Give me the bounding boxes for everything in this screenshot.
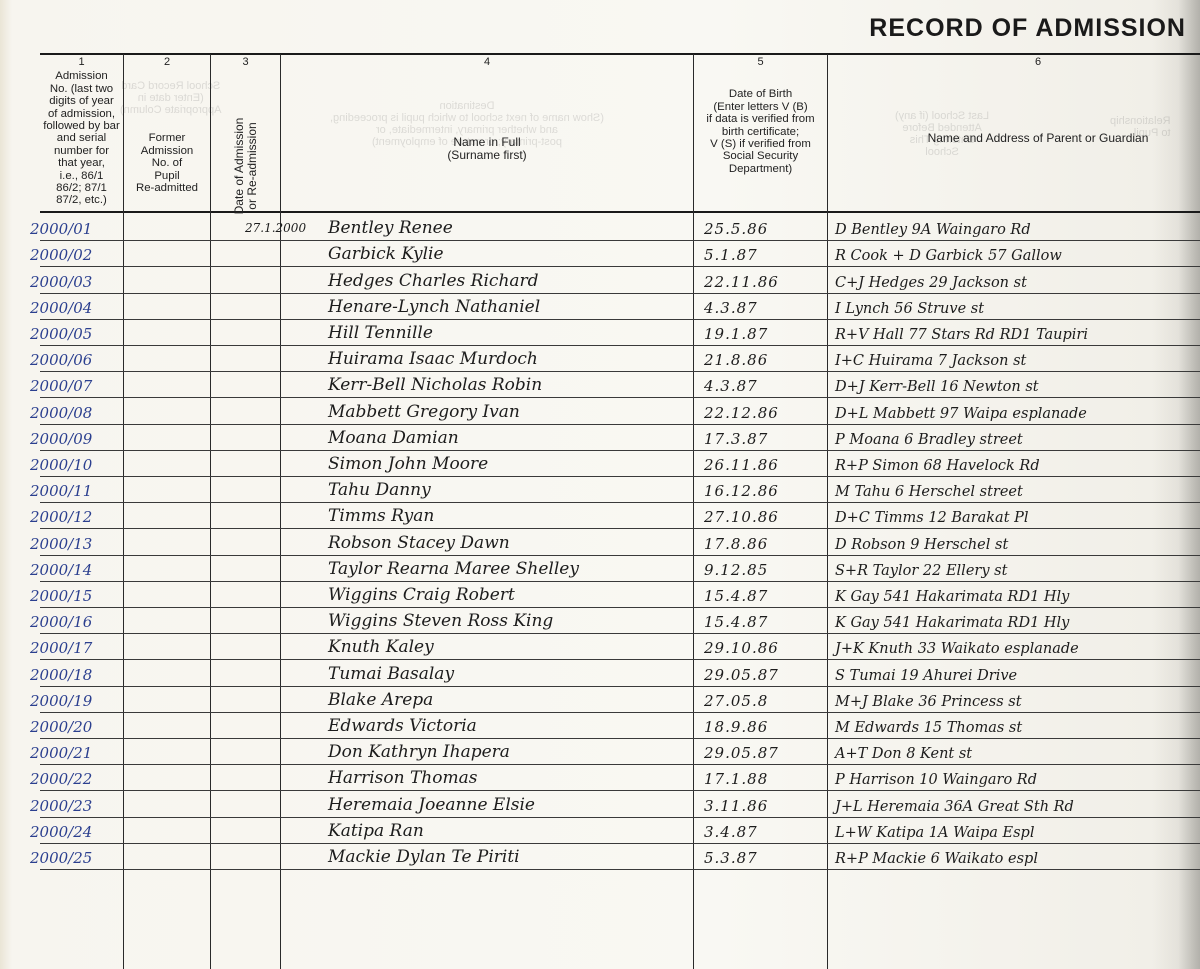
admission-number: 2000/01 — [30, 220, 150, 238]
parent-guardian: K Gay 541 Hakarimata RD1 Hly — [835, 589, 1069, 605]
header-name-in-full: 4 Name in Full (Surname first) — [281, 56, 693, 210]
header-admission-no: 1 Admission No. (last two digits of year… — [40, 56, 123, 210]
pupil-name: Henare-Lynch Nathaniel — [328, 297, 540, 317]
parent-guardian: D+L Mabbett 97 Waipa esplanade — [835, 406, 1087, 422]
pupil-name: Hill Tennille — [328, 323, 433, 343]
admission-number: 2000/02 — [30, 246, 150, 264]
header-top-rule — [40, 53, 1200, 55]
admission-number: 2000/11 — [30, 482, 150, 500]
pupil-name: Edwards Victoria — [328, 716, 477, 736]
table-row: 2000/25Mackie Dylan Te Piriti5.3.87R+P M… — [40, 843, 1200, 870]
parent-guardian: P Moana 6 Bradley street — [835, 432, 1023, 448]
pupil-name: Heremaia Joeanne Elsie — [328, 795, 535, 815]
table-row: 2000/10Simon John Moore26.11.86R+P Simon… — [40, 450, 1200, 477]
admission-number: 2000/21 — [30, 744, 150, 762]
date-of-birth: 27.05.8 — [704, 692, 768, 710]
date-of-birth: 22.11.86 — [704, 273, 779, 291]
table-row: 2000/14Taylor Rearna Maree Shelley9.12.8… — [40, 555, 1200, 582]
pupil-name: Tumai Basalay — [328, 664, 454, 684]
pupil-name: Garbick Kylie — [328, 244, 444, 264]
parent-guardian: P Harrison 10 Waingaro Rd — [835, 772, 1037, 788]
pupil-name: Katipa Ran — [328, 821, 424, 841]
header-bottom-rule — [40, 211, 1200, 213]
pupil-name: Mackie Dylan Te Piriti — [328, 847, 520, 867]
admission-number: 2000/18 — [30, 666, 150, 684]
admission-number: 2000/22 — [30, 770, 150, 788]
date-of-birth: 4.3.87 — [704, 377, 758, 395]
date-of-birth: 5.1.87 — [704, 246, 758, 264]
table-row: 2000/06Huirama Isaac Murdoch21.8.86I+C H… — [40, 345, 1200, 372]
table-row: 2000/05Hill Tennille19.1.87R+V Hall 77 S… — [40, 319, 1200, 346]
pupil-name: Mabbett Gregory Ivan — [328, 402, 520, 422]
admission-number: 2000/04 — [30, 299, 150, 317]
table-row: 2000/23Heremaia Joeanne Elsie3.11.86J+L … — [40, 790, 1200, 817]
table-row: 2000/02Garbick Kylie5.1.87R Cook + D Gar… — [40, 240, 1200, 267]
admission-number: 2000/13 — [30, 535, 150, 553]
admission-number: 2000/05 — [30, 325, 150, 343]
pupil-name: Simon John Moore — [328, 454, 488, 474]
header-former-admission-no: 2 Former Admission No. of Pupil Re-admit… — [124, 56, 210, 210]
admission-number: 2000/19 — [30, 692, 150, 710]
table-row: 2000/12Timms Ryan27.10.86D+C Timms 12 Ba… — [40, 502, 1200, 529]
admission-number: 2000/09 — [30, 430, 150, 448]
admission-date: 27.1.2000 — [245, 221, 306, 235]
parent-guardian: C+J Hedges 29 Jackson st — [835, 275, 1027, 291]
pupil-name: Taylor Rearna Maree Shelley — [328, 559, 579, 579]
parent-guardian: A+T Don 8 Kent st — [835, 746, 972, 762]
table-row: 2000/15Wiggins Craig Robert15.4.87K Gay … — [40, 581, 1200, 608]
date-of-birth: 15.4.87 — [704, 613, 768, 631]
parent-guardian: D+J Kerr-Bell 16 Newton st — [835, 379, 1039, 395]
admission-number: 2000/14 — [30, 561, 150, 579]
parent-guardian: R+P Simon 68 Havelock Rd — [835, 458, 1040, 474]
date-of-birth: 22.12.86 — [704, 404, 779, 422]
parent-guardian: I+C Huirama 7 Jackson st — [835, 353, 1026, 369]
admission-number: 2000/16 — [30, 613, 150, 631]
admission-number: 2000/12 — [30, 508, 150, 526]
parent-guardian: J+K Knuth 33 Waikato esplanade — [835, 641, 1079, 657]
parent-guardian: R Cook + D Garbick 57 Gallow — [835, 248, 1062, 264]
pupil-name: Moana Damian — [328, 428, 459, 448]
page-title: RECORD OF ADMISSION — [869, 14, 1186, 43]
date-of-birth: 17.1.88 — [704, 770, 768, 788]
parent-guardian: D Robson 9 Herschel st — [835, 537, 1008, 553]
table-row: 2000/18Tumai Basalay29.05.87S Tumai 19 A… — [40, 659, 1200, 686]
parent-guardian: I Lynch 56 Struve st — [835, 301, 984, 317]
header-date-of-birth: 5 Date of Birth (Enter letters V (B) if … — [694, 56, 827, 210]
parent-guardian: D Bentley 9A Waingaro Rd — [835, 222, 1031, 238]
table-row: 2000/22Harrison Thomas17.1.88P Harrison … — [40, 764, 1200, 791]
admission-number: 2000/20 — [30, 718, 150, 736]
pupil-name: Tahu Danny — [328, 480, 431, 500]
parent-guardian: S+R Taylor 22 Ellery st — [835, 563, 1007, 579]
parent-guardian: J+L Heremaia 36A Great Sth Rd — [835, 799, 1074, 815]
date-of-birth: 17.8.86 — [704, 535, 768, 553]
pupil-name: Don Kathryn Ihapera — [328, 742, 510, 762]
pupil-name: Timms Ryan — [328, 506, 434, 526]
pupil-name: Knuth Kaley — [328, 637, 434, 657]
admission-number: 2000/06 — [30, 351, 150, 369]
table-row: 2000/24Katipa Ran3.4.87L+W Katipa 1A Wai… — [40, 817, 1200, 844]
date-of-birth: 16.12.86 — [704, 482, 779, 500]
table-row: 2000/09Moana Damian17.3.87P Moana 6 Brad… — [40, 424, 1200, 451]
header-parent-guardian: 6 Name and Address of Parent or Guardian — [828, 56, 1200, 210]
date-of-birth: 19.1.87 — [704, 325, 768, 343]
pupil-name: Huirama Isaac Murdoch — [328, 349, 538, 369]
admission-number: 2000/03 — [30, 273, 150, 291]
pupil-name: Wiggins Steven Ross King — [328, 611, 553, 631]
pupil-name: Hedges Charles Richard — [328, 271, 539, 291]
date-of-birth: 29.05.87 — [704, 744, 779, 762]
admission-number: 2000/25 — [30, 849, 150, 867]
pupil-name: Wiggins Craig Robert — [328, 585, 515, 605]
register-page: RECORD OF ADMISSION Destination (Show na… — [0, 0, 1200, 969]
table-row: 2000/0127.1.2000Bentley Renee25.5.86D Be… — [40, 214, 1200, 241]
date-of-birth: 25.5.86 — [704, 220, 768, 238]
admission-number: 2000/23 — [30, 797, 150, 815]
table-row: 2000/21Don Kathryn Ihapera29.05.87A+T Do… — [40, 738, 1200, 765]
date-of-birth: 18.9.86 — [704, 718, 768, 736]
date-of-birth: 4.3.87 — [704, 299, 758, 317]
admission-number: 2000/08 — [30, 404, 150, 422]
table-row: 2000/17Knuth Kaley29.10.86J+K Knuth 33 W… — [40, 633, 1200, 660]
date-of-birth: 9.12.85 — [704, 561, 768, 579]
date-of-birth: 3.4.87 — [704, 823, 758, 841]
date-of-birth: 5.3.87 — [704, 849, 758, 867]
pupil-name: Robson Stacey Dawn — [328, 533, 510, 553]
table-row: 2000/11Tahu Danny16.12.86M Tahu 6 Hersch… — [40, 476, 1200, 503]
header-date-of-admission: 3 Date of Admission or Re-admission — [211, 56, 280, 210]
parent-guardian: R+V Hall 77 Stars Rd RD1 Taupiri — [835, 327, 1088, 343]
table-row: 2000/08Mabbett Gregory Ivan22.12.86D+L M… — [40, 397, 1200, 424]
date-of-birth: 3.11.86 — [704, 797, 768, 815]
table-row: 2000/16Wiggins Steven Ross King15.4.87K … — [40, 607, 1200, 634]
table-row: 2000/19Blake Arepa27.05.8M+J Blake 36 Pr… — [40, 686, 1200, 713]
table-row: 2000/03Hedges Charles Richard22.11.86C+J… — [40, 266, 1200, 293]
admission-number: 2000/10 — [30, 456, 150, 474]
parent-guardian: S Tumai 19 Ahurei Drive — [835, 668, 1017, 684]
pupil-name: Kerr-Bell Nicholas Robin — [328, 375, 542, 395]
pupil-name: Harrison Thomas — [328, 768, 477, 788]
admission-number: 2000/17 — [30, 639, 150, 657]
parent-guardian: K Gay 541 Hakarimata RD1 Hly — [835, 615, 1069, 631]
admission-number: 2000/15 — [30, 587, 150, 605]
parent-guardian: D+C Timms 12 Barakat Pl — [835, 510, 1029, 526]
date-of-birth: 27.10.86 — [704, 508, 779, 526]
parent-guardian: M Tahu 6 Herschel street — [835, 484, 1023, 500]
admission-number: 2000/07 — [30, 377, 150, 395]
parent-guardian: R+P Mackie 6 Waikato espl — [835, 851, 1038, 867]
admission-number: 2000/24 — [30, 823, 150, 841]
date-of-birth: 15.4.87 — [704, 587, 768, 605]
table-row: 2000/04Henare-Lynch Nathaniel4.3.87I Lyn… — [40, 293, 1200, 320]
date-of-birth: 26.11.86 — [704, 456, 779, 474]
parent-guardian: M Edwards 15 Thomas st — [835, 720, 1022, 736]
table-row: 2000/20Edwards Victoria18.9.86M Edwards … — [40, 712, 1200, 739]
date-of-birth: 29.10.86 — [704, 639, 779, 657]
date-of-birth: 21.8.86 — [704, 351, 768, 369]
table-row: 2000/07Kerr-Bell Nicholas Robin4.3.87D+J… — [40, 371, 1200, 398]
table-row: 2000/13Robson Stacey Dawn17.8.86D Robson… — [40, 528, 1200, 555]
pupil-name: Blake Arepa — [328, 690, 433, 710]
pupil-name: Bentley Renee — [328, 218, 453, 238]
date-of-birth: 29.05.87 — [704, 666, 779, 684]
parent-guardian: L+W Katipa 1A Waipa Espl — [835, 825, 1034, 841]
parent-guardian: M+J Blake 36 Princess st — [835, 694, 1022, 710]
date-of-birth: 17.3.87 — [704, 430, 768, 448]
